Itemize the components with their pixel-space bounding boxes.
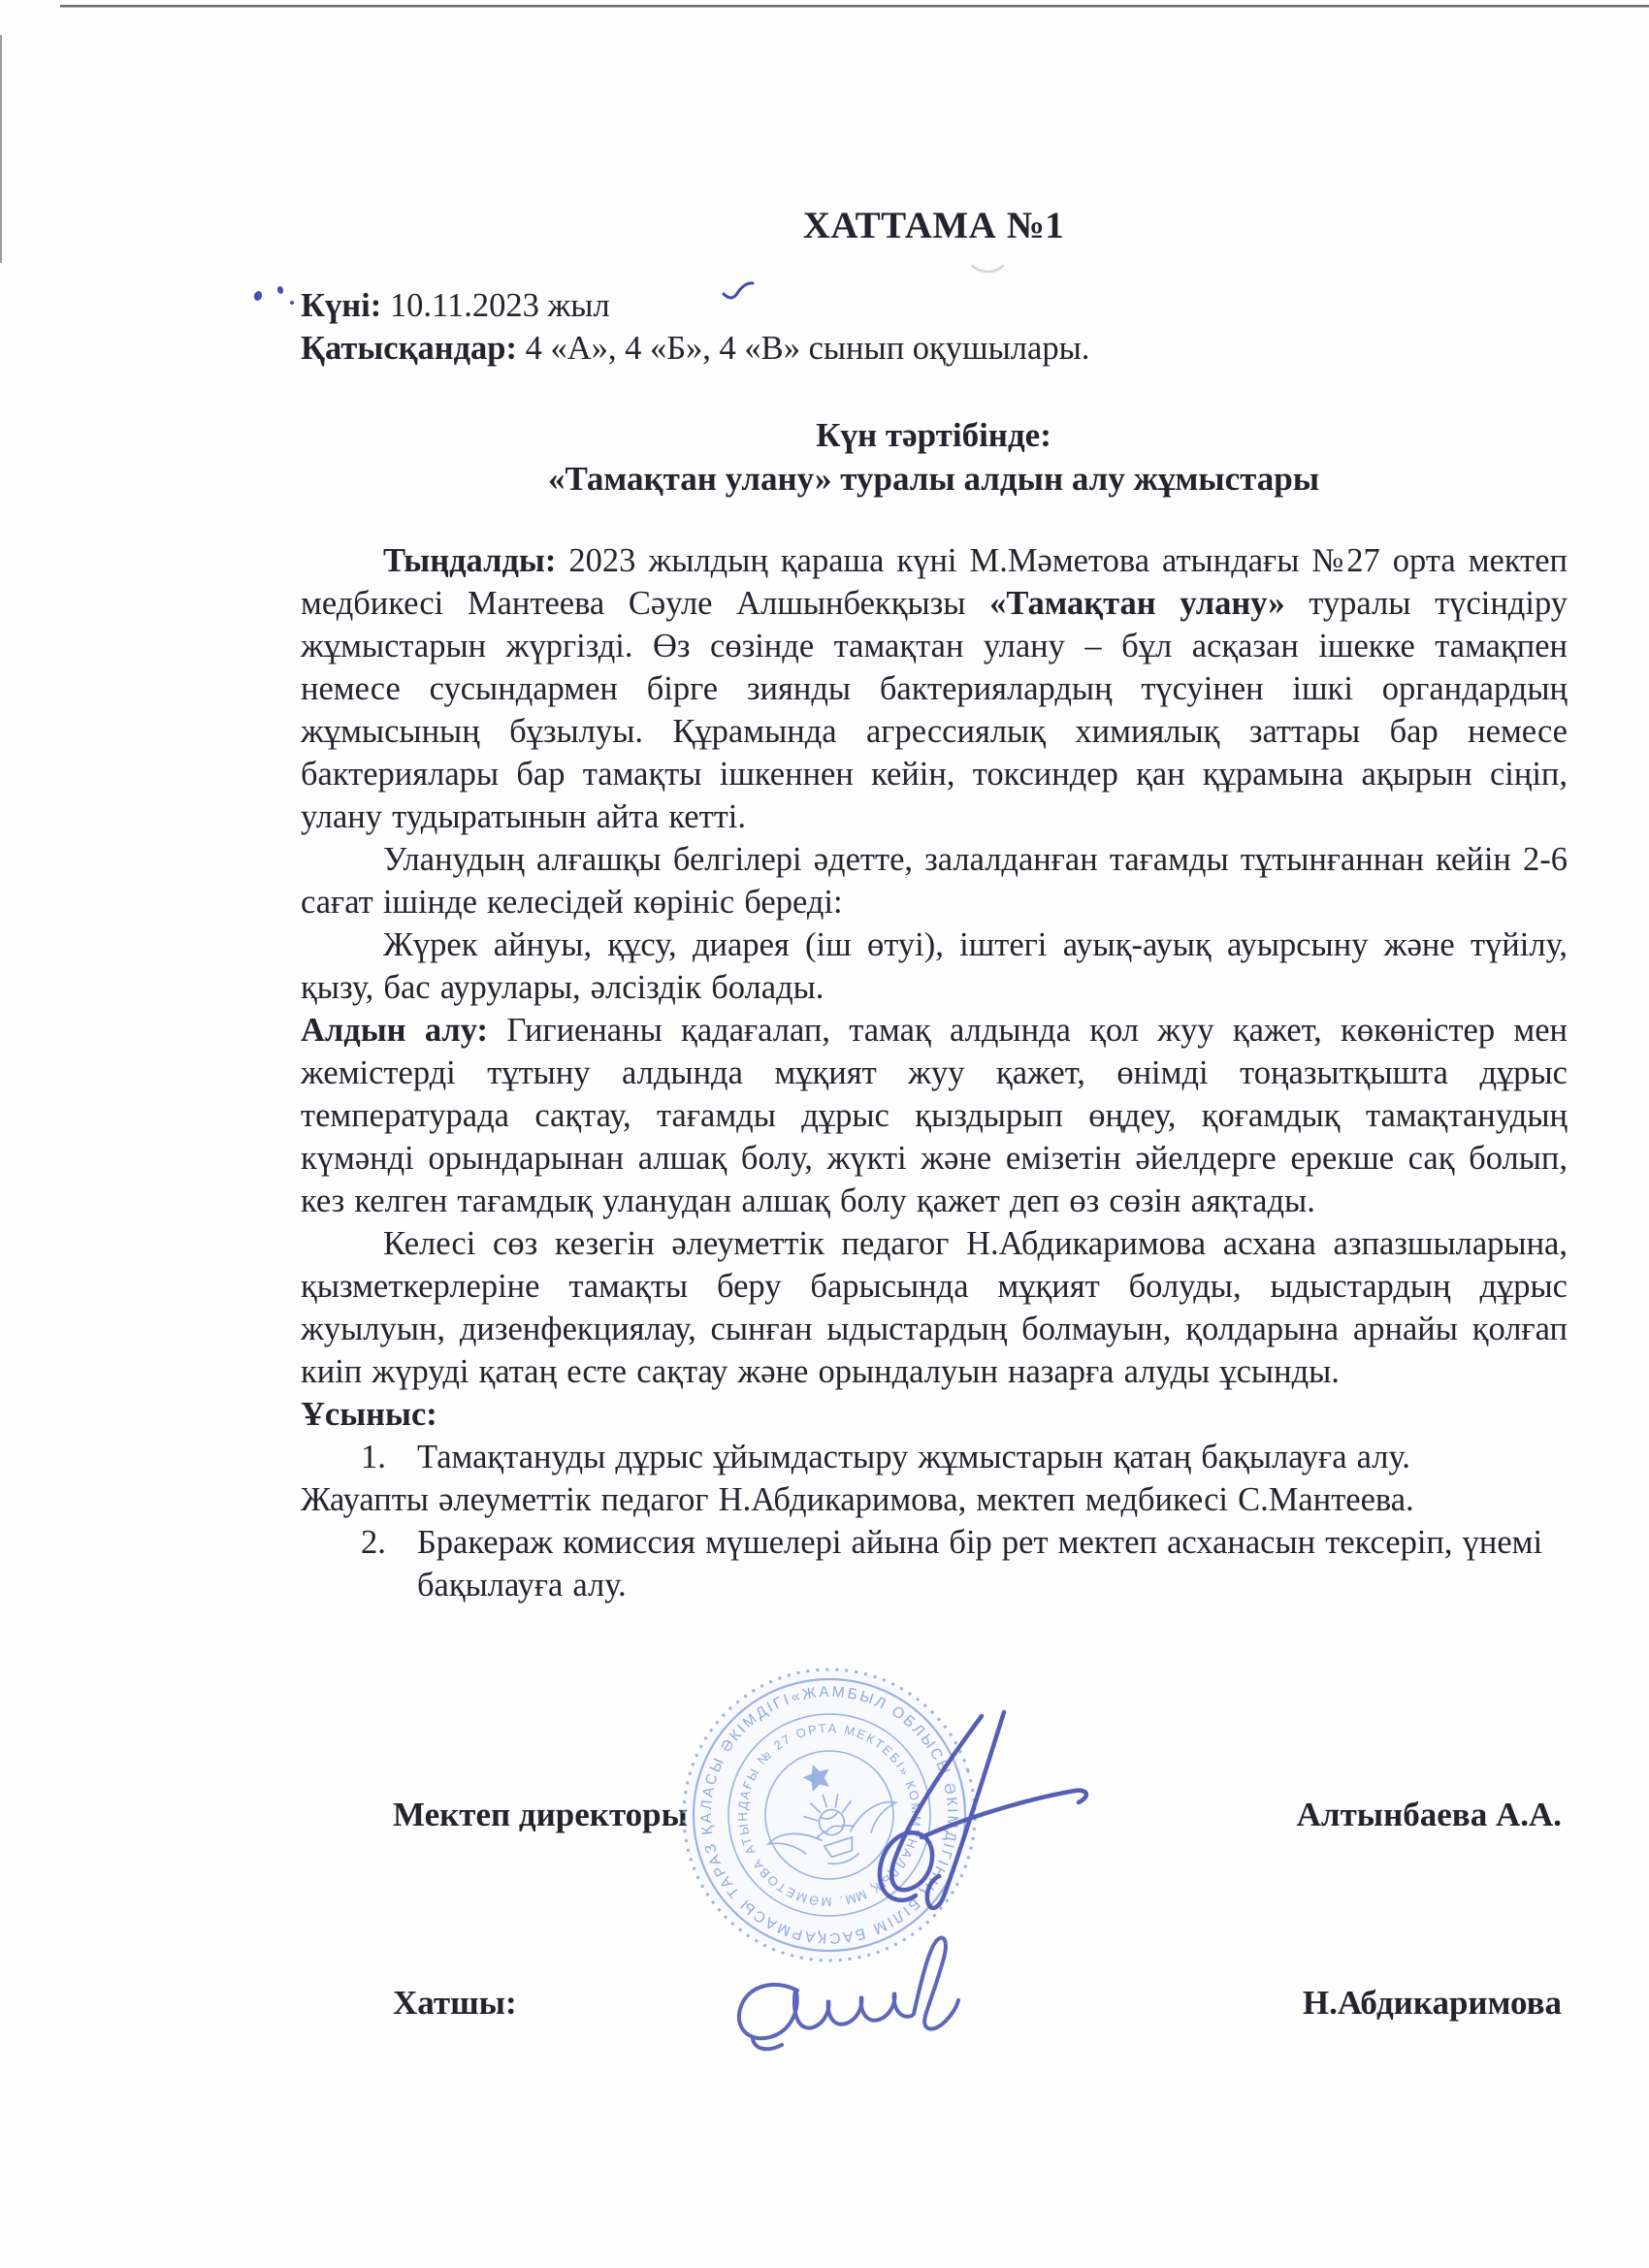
numbered-list-item: 1.Тамақтануды дұрыс ұйымдастыру жұмыстар… <box>301 1436 1568 1478</box>
list-item-number: 2. <box>361 1521 386 1564</box>
text-segment: Жүрек айнуы, құсу, диарея (іш өтуі), ішт… <box>301 926 1568 1006</box>
official-stamp: «ЖАМБЫЛ ОБЛЫСЫ ӘКІМДІГІНІҢ БІЛІМ БАСҚАРМ… <box>626 1611 1034 2020</box>
meta-block: Күні: 10.11.2023 жыл Қатысқандар: 4 «А»,… <box>301 284 1567 370</box>
agenda-topic: «Тамақтан улану» туралы алдын алу жұмыст… <box>301 457 1567 501</box>
body-paragraph: Келесі сөз кезегін әлеуметтік педагог Н.… <box>301 1222 1568 1393</box>
text-segment: Гигиенаны қадағалап, тамақ алдында қол ж… <box>301 1012 1568 1219</box>
signature-row-secretary: Хатшы: Н.Абдикаримова <box>393 1982 1562 2025</box>
text-segment: туралы түсіндіру жұмыстарын жүргізді. Өз… <box>301 585 1568 835</box>
text-segment: Жауапты әлеуметтік педагог Н.Абдикаримов… <box>301 1481 1414 1518</box>
bold-text-segment: Тыңдалды: <box>383 542 556 579</box>
scan-edge-left <box>0 35 2 263</box>
agenda-block: Күн тәртібінде: «Тамақтан улану» туралы … <box>301 413 1567 501</box>
scan-line-top <box>60 5 1649 8</box>
text-segment: Уланудың алғашқы белгілері әдетте, залал… <box>301 841 1568 921</box>
participants-line: Қатысқандар: 4 «А», 4 «Б», 4 «В» сынып о… <box>301 327 1567 370</box>
document-title: ХАТТАМА №1 <box>301 204 1567 248</box>
agenda-heading: Күн тәртібінде: <box>301 413 1567 457</box>
text-segment: Келесі сөз кезегін әлеуметтік педагог Н.… <box>301 1225 1568 1390</box>
text-segment: Тамақтануды дұрыс ұйымдастыру жұмыстарын… <box>417 1439 1410 1475</box>
body-paragraph: Тыңдалды: 2023 жылдың қараша күні М.Мәме… <box>301 539 1568 838</box>
stamp-seal-icon: «ЖАМБЫЛ ОБЛЫСЫ ӘКІМДІГІНІҢ БІЛІМ БАСҚАРМ… <box>626 1611 1034 2020</box>
bold-text-segment: Алдын алу: <box>301 1012 488 1049</box>
body-paragraph: Жүрек айнуы, құсу, диарея (іш өтуі), ішт… <box>301 923 1568 1009</box>
director-name: Алтынбаева А.А. <box>1297 1794 1562 1836</box>
secretary-role-label: Хатшы: <box>393 1982 517 2025</box>
date-value: 10.11.2023 жыл <box>381 287 609 324</box>
participants-label: Қатысқандар: <box>301 330 517 367</box>
date-label: Күні: <box>301 287 381 324</box>
body-text: Тыңдалды: 2023 жылдың қараша күні М.Мәме… <box>301 539 1568 1606</box>
list-item-number: 1. <box>361 1436 386 1478</box>
ink-specks <box>253 285 294 305</box>
bold-text-segment: «Тамақтан улану» <box>989 585 1284 622</box>
participants-value: 4 «А», 4 «Б», 4 «В» сынып оқушылары. <box>517 330 1089 367</box>
bold-text-segment: Ұсыныс: <box>301 1396 437 1433</box>
text-segment: Бракераж комиссия мүшелері айына бір рет… <box>417 1524 1542 1604</box>
secretary-name: Н.Абдикаримова <box>1303 1982 1562 2025</box>
director-role-label: Мектеп директоры <box>393 1794 688 1836</box>
faint-pen-curl <box>972 266 1003 272</box>
numbered-list-item: 2.Бракераж комиссия мүшелері айына бір р… <box>301 1521 1568 1606</box>
body-paragraph: Алдын алу: Гигиенаны қадағалап, тамақ ал… <box>301 1009 1568 1222</box>
date-line: Күні: 10.11.2023 жыл <box>301 284 1567 327</box>
body-paragraph: Жауапты әлеуметтік педагог Н.Абдикаримов… <box>301 1478 1568 1521</box>
scanned-document-page: ХАТТАМА №1 Күні: 10.11.2023 жыл Қатысқан… <box>0 0 1649 2268</box>
body-paragraph: Ұсыныс: <box>301 1393 1568 1436</box>
body-paragraph: Уланудың алғашқы белгілері әдетте, залал… <box>301 838 1568 923</box>
